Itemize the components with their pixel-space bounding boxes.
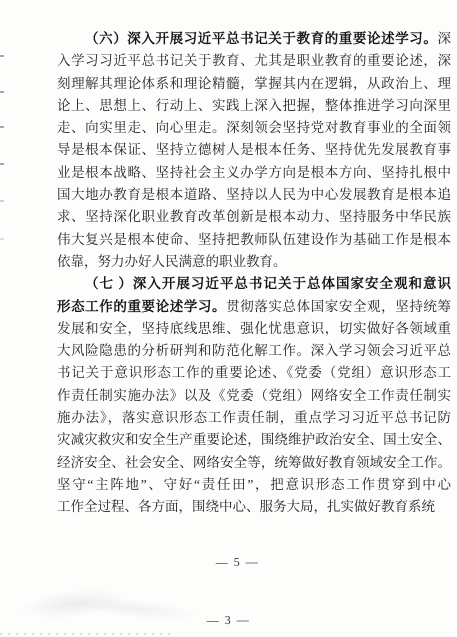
text-line: 导是根本保证、坚持立德树人是根本任务、坚持优先发展教育事 (57, 139, 451, 161)
body-text-segment: 坚守“主阵地”、守好“责任田”，把意识形态工作贯穿到中心 (57, 477, 451, 492)
section-heading-text: （七 ）深入开展习近平总书记关于总体国家安全观和意识 (85, 276, 451, 291)
text-line: 走、向实里走、向心里走。深刻领会坚持党对教育事业的全面领 (57, 117, 451, 139)
body-text-segment: 深 (438, 31, 452, 46)
body-text-segment: 经济安全、社会安全、网络安全等，统筹做好教育领域安全工作。 (57, 455, 451, 470)
text-line: 书记关于意识形态工作的重要论述、《党委（党组）意识形态工 (57, 362, 451, 384)
scan-artifact (0, 633, 170, 635)
text-line: 大风险隐患的分析研判和防范化解工作。深入学习领会习近平总 (57, 340, 451, 362)
body-text-segment: 依靠，努力办好人民满意的职业教育。 (57, 254, 287, 269)
text-line: 论上、思想上、行动上、实践上深入把握，整体推进学习向深里 (57, 95, 451, 117)
section-heading-text: 形态工作的重要论述学习。 (57, 299, 226, 314)
scan-artifact (0, 55, 4, 57)
text-line: 伟大复兴是根本使命、坚持把教师队伍建设作为基础工作是根本 (57, 229, 451, 251)
body-text-segment: 国大地办教育是根本道路、坚持以人民为中心发展教育是根本追 (57, 187, 451, 202)
text-line: 施办法》，落实意识形态工作责任制，重点学习习近平总书记防 (57, 407, 451, 429)
scan-artifact (0, 238, 4, 240)
body-text-segment: 论上、思想上、行动上、实践上深入把握，整体推进学习向深里 (57, 98, 451, 113)
body-text-segment: 业是根本战略、坚持社会主义办学方向是根本方向、坚持扎根中 (57, 165, 451, 180)
body-text-segment: 入学习习近平总书记关于教育、尤其是职业教育的重要论述，深 (57, 53, 451, 68)
text-line: 发展和安全，坚持底线思维、强化忧患意识，切实做好各领域重 (57, 318, 451, 340)
body-text-segment: 贯彻落实总体国家安全观，坚持统筹 (226, 299, 451, 314)
body-text-segment: 灾减灾救灾和安全生产重要论述，围绕维护政治安全、国土安全、 (57, 432, 451, 447)
body-text-segment: 伟大复兴是根本使命、坚持把教师队伍建设作为基础工作是根本 (57, 232, 451, 247)
scan-artifact (0, 126, 4, 128)
body-text-segment: 走、向实里走、向心里走。深刻领会坚持党对教育事业的全面领 (57, 120, 451, 135)
scan-artifact (0, 163, 4, 165)
text-line: 形态工作的重要论述学习。贯彻落实总体国家安全观，坚持统筹 (57, 296, 451, 318)
document-page: （六）深入开展习近平总书记关于教育的重要论述学习。深入学习习近平总书记关于教育、… (0, 0, 457, 637)
body-text-segment: 导是根本保证、坚持立德树人是根本任务、坚持优先发展教育事 (57, 142, 451, 157)
body-text-segment: 大风险隐患的分析研判和防范化解工作。深入学习领会习近平总 (57, 343, 451, 358)
body-text: （六）深入开展习近平总书记关于教育的重要论述学习。深入学习习近平总书记关于教育、… (57, 28, 451, 519)
text-line: 刻理解其理论体系和理论精髓，掌握其内在逻辑，从政治上、理 (57, 73, 451, 95)
body-text-segment: 刻理解其理论体系和理论精髓，掌握其内在逻辑，从政治上、理 (57, 76, 451, 91)
body-text-segment: 书记关于意识形态工作的重要论述、《党委（党组）意识形态工 (57, 365, 451, 380)
text-line: 工作全过程、各方面，围绕中心、服务大局，扎实做好教育系统 (57, 496, 451, 518)
body-text-segment: 发展和安全，坚持底线思维、强化忧患意识，切实做好各领域重 (57, 321, 451, 336)
page-number-upper: — 5 — (0, 552, 457, 574)
scan-artifact (0, 91, 4, 93)
text-line: （七 ）深入开展习近平总书记关于总体国家安全观和意识 (57, 273, 451, 295)
text-line: 作责任制实施办法》以及《党委（党组）网络安全工作责任制实 (57, 385, 451, 407)
scan-artifact (0, 200, 4, 202)
text-line: 业是根本战略、坚持社会主义办学方向是根本方向、坚持扎根中 (57, 162, 451, 184)
text-line: 求、坚持深化职业教育改革创新是根本动力、坚持服务中华民族 (57, 206, 451, 228)
text-line: 灾减灾救灾和安全生产重要论述，围绕维护政治安全、国土安全、 (57, 429, 451, 451)
text-line: 坚守“主阵地”、守好“责任田”，把意识形态工作贯穿到中心 (57, 474, 451, 496)
text-line: 依靠，努力办好人民满意的职业教育。 (57, 251, 451, 273)
body-text-segment: 求、坚持深化职业教育改革创新是根本动力、坚持服务中华民族 (57, 209, 451, 224)
text-line: 经济安全、社会安全、网络安全等，统筹做好教育领域安全工作。 (57, 452, 451, 474)
text-line: （六）深入开展习近平总书记关于教育的重要论述学习。深 (57, 28, 451, 50)
text-line: 入学习习近平总书记关于教育、尤其是职业教育的重要论述，深 (57, 50, 451, 72)
body-text-segment: 工作全过程、各方面，围绕中心、服务大局，扎实做好教育系统 (57, 499, 435, 514)
body-text-segment: 作责任制实施办法》以及《党委（党组）网络安全工作责任制实 (57, 388, 451, 403)
text-line: 国大地办教育是根本道路、坚持以人民为中心发展教育是根本追 (57, 184, 451, 206)
body-text-segment: 施办法》，落实意识形态工作责任制，重点学习习近平总书记防 (57, 410, 451, 425)
section-heading-text: （六）深入开展习近平总书记关于教育的重要论述学习。 (85, 31, 438, 46)
